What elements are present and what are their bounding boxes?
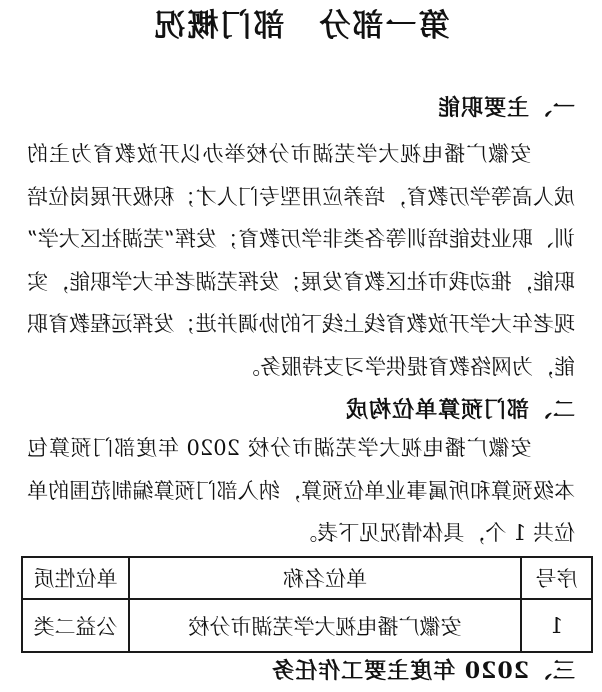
table-header-serial-number: 序号 <box>521 557 592 599</box>
paragraph-line: 安徽广播电视大学芜湖市分校 2020 年度部门预算包括 <box>27 427 575 470</box>
page-title: 第一部分 部门概况 <box>0 6 602 46</box>
section-heading-2020-tasks: 三、2020 年度主要工作任务 <box>27 657 575 685</box>
budget-units-table: 序号 单位名称 单位性质 1 安徽广播电视大学芜湖市分校 公益二类 <box>21 556 593 653</box>
table-header-unit-name: 单位名称 <box>129 557 521 599</box>
table-header-unit-type: 单位性质 <box>22 557 129 599</box>
paragraph-line: 本级预算和所属事业单位预算，纳入部门预算编制范围的单 <box>27 470 575 513</box>
paragraph-line: 成人高等学历教育，培养应用型专门人才；积极开展岗位培 <box>27 176 575 219</box>
paragraph-line: 安徽广播电视大学芜湖市分校举办以开放教育为主的 <box>27 133 575 176</box>
paragraph-line: 位共 1 个，具体情况见下表。 <box>27 512 575 555</box>
paragraph-budget-units: 安徽广播电视大学芜湖市分校 2020 年度部门预算包括 本级预算和所属事业单位预… <box>27 427 575 555</box>
section-heading-main-functions: 一、主要职能 <box>27 94 575 122</box>
cell-unit-name: 安徽广播电视大学芜湖市分校 <box>129 599 521 652</box>
paragraph-line: 训、职业技能培训等各类非学历教育；发挥“芜湖社区大学” <box>27 218 575 261</box>
table-row: 1 安徽广播电视大学芜湖市分校 公益二类 <box>22 599 592 652</box>
paragraph-line: 职能，推动我市社区教育发展；发挥芜湖老年大学职能，实 <box>27 261 575 304</box>
table-header-row: 序号 单位名称 单位性质 <box>22 557 592 599</box>
paragraph-main-functions: 安徽广播电视大学芜湖市分校举办以开放教育为主的 成人高等学历教育，培养应用型专门… <box>27 133 575 388</box>
paragraph-line: 能，为网络教育提供学习支持服务。 <box>27 346 575 389</box>
document-page: 第一部分 部门概况 一、主要职能 安徽广播电视大学芜湖市分校举办以开放教育为主的… <box>0 0 602 692</box>
paragraph-line: 现老年大学开放教育线上线下的协调并进；发挥远程教育职 <box>27 303 575 346</box>
cell-unit-type: 公益二类 <box>22 599 129 652</box>
cell-serial-number: 1 <box>521 599 592 652</box>
mirrored-content: 第一部分 部门概况 一、主要职能 安徽广播电视大学芜湖市分校举办以开放教育为主的… <box>0 0 602 692</box>
section-heading-budget-units: 二、部门预算单位构成 <box>27 396 575 424</box>
